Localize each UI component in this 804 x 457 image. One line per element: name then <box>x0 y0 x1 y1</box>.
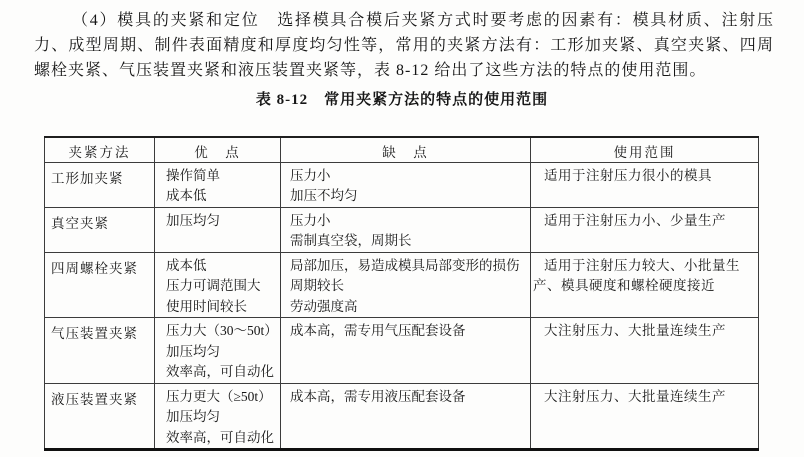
scanned-page: （4）模具的夹紧和定位 选择模具合模后夹紧方式时要考虑的因素有：模具材质、注射压… <box>0 0 804 457</box>
method-cell: 工形加夹紧 <box>45 162 155 207</box>
method-cell: 气压装置夹紧 <box>45 318 155 384</box>
cell-line: 使用时间较长 <box>166 297 278 318</box>
column-header-advantages: 优 点 <box>155 137 281 162</box>
advantages-cell: 成本低 压力可调范围大 使用时间较长 <box>155 252 281 318</box>
table-header-row: 夹紧方法 优 点 缺 点 使用范围 <box>45 137 759 162</box>
cell-line: 加压均匀 <box>166 342 278 363</box>
cell-line: 成本高，需专用液压配套设备 <box>290 387 528 408</box>
cell-line: 操作简单 <box>166 166 278 187</box>
disadvantages-cell: 局部加压，易造成模具局部变形的损伤 周期较长 劳动强度高 <box>281 252 531 318</box>
table-row-t-clamp: 工形加夹紧 操作简单 成本低 压力小 加压不均匀 适用于注射压力很小的模具 <box>45 162 759 207</box>
method-cell: 液压装置夹紧 <box>45 383 155 450</box>
cell-line: 效率高，可自动化 <box>166 362 278 383</box>
cell-line: 压力小 <box>290 166 528 187</box>
advantages-cell: 操作简单 成本低 <box>155 162 281 207</box>
table-row-vacuum-clamp: 真空夹紧 加压均匀 压力小 需制真空袋，周期长 适用于注射压力小、少量生产 <box>45 207 759 252</box>
cell-line: 需制真空袋，周期长 <box>290 231 528 252</box>
disadvantages-cell: 压力小 加压不均匀 <box>281 162 531 207</box>
table-row-bolt-clamp: 四周螺栓夹紧 成本低 压力可调范围大 使用时间较长 局部加压，易造成模具局部变形… <box>45 252 759 318</box>
column-header-disadvantages: 缺 点 <box>281 137 531 162</box>
cell-line: 成本高，需专用气压配套设备 <box>290 321 528 342</box>
disadvantages-cell: 成本高，需专用气压配套设备 <box>281 318 531 384</box>
advantages-cell: 加压均匀 <box>155 207 281 252</box>
advantages-cell: 压力更大（≥50t） 加压均匀 效率高，可自动化 <box>155 383 281 450</box>
cell-line: 压力更大（≥50t） <box>166 387 278 408</box>
cell-line: 加压不均匀 <box>290 186 528 207</box>
table-caption: 表 8-12 常用夹紧方法的特点的使用范围 <box>0 88 804 109</box>
cell-line: 压力小 <box>290 211 528 232</box>
scope-cell: 适用于注射压力小、少量生产 <box>531 207 759 252</box>
scope-cell: 适用于注射压力较大、小批量生产、模具硬度和螺栓硬度接近 <box>531 252 759 318</box>
cell-line: 成本低 <box>166 256 278 277</box>
cell-line: 效率高，可自动化 <box>166 428 278 449</box>
disadvantages-cell: 成本高，需专用液压配套设备 <box>281 383 531 450</box>
intro-paragraph: （4）模具的夹紧和定位 选择模具合模后夹紧方式时要考虑的因素有：模具材质、注射压… <box>34 8 774 83</box>
method-cell: 真空夹紧 <box>45 207 155 252</box>
method-cell: 四周螺栓夹紧 <box>45 252 155 318</box>
scope-cell: 适用于注射压力很小的模具 <box>531 162 759 207</box>
column-header-scope: 使用范围 <box>531 137 759 162</box>
cell-line: 劳动强度高 <box>290 297 528 318</box>
cell-line: 压力可调范围大 <box>166 276 278 297</box>
cell-line: 成本低 <box>166 186 278 207</box>
cell-line: 加压均匀 <box>166 211 278 232</box>
scope-cell: 大注射压力、大批量连续生产 <box>531 318 759 384</box>
clamping-methods-table: 夹紧方法 优 点 缺 点 使用范围 工形加夹紧 操作简单 成本低 压力小 加压不… <box>44 136 759 451</box>
cell-line: 加压均匀 <box>166 407 278 428</box>
cell-line: 压力大（30～50t） <box>166 321 278 342</box>
scope-cell: 大注射压力、大批量连续生产 <box>531 383 759 450</box>
cell-line: 周期较长 <box>290 276 528 297</box>
column-header-method: 夹紧方法 <box>45 137 155 162</box>
table-row-hydraulic-clamp: 液压装置夹紧 压力更大（≥50t） 加压均匀 效率高，可自动化 成本高，需专用液… <box>45 383 759 450</box>
cell-line: 局部加压，易造成模具局部变形的损伤 <box>290 256 528 277</box>
disadvantages-cell: 压力小 需制真空袋，周期长 <box>281 207 531 252</box>
table-row-pneumatic-clamp: 气压装置夹紧 压力大（30～50t） 加压均匀 效率高，可自动化 成本高，需专用… <box>45 318 759 384</box>
advantages-cell: 压力大（30～50t） 加压均匀 效率高，可自动化 <box>155 318 281 384</box>
